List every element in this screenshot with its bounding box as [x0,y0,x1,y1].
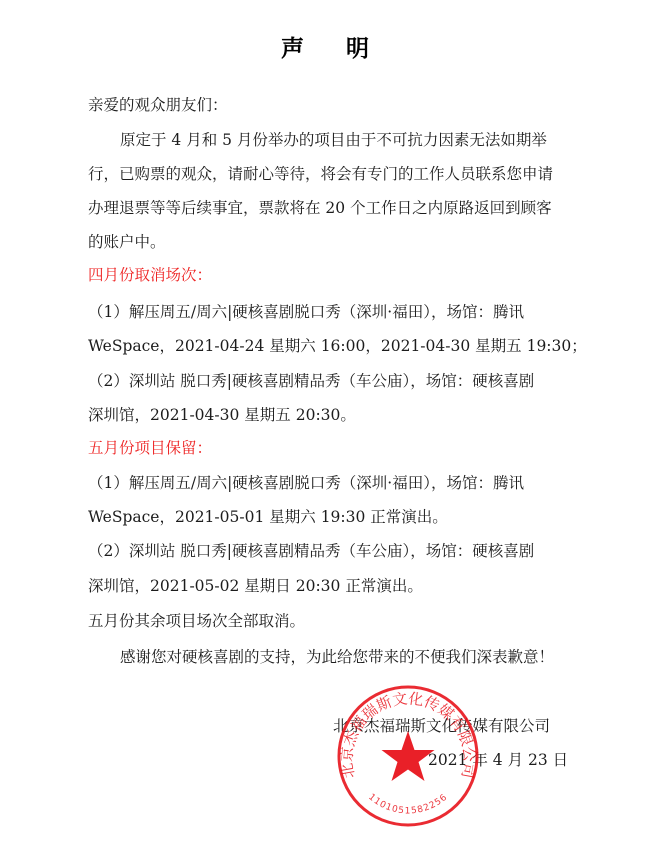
statement-document: 声明 亲爱的观众朋友们： 原定于 4 月和 5 月份举办的项目由于不可抗力因素无… [0,0,650,847]
document-title: 声明 [0,30,650,63]
intro-line-1: 原定于 4 月和 5 月份举办的项目由于不可抗力因素无法如期举 [120,130,547,150]
intro-line-4: 的账户中。 [88,232,166,252]
title-char-2: 明 [346,30,369,63]
stamp-number: 1101051582256 [366,792,450,816]
may-item-1-line-2: WeSpace，2021-05-01 星期六 19:30 正常演出。 [88,507,448,527]
april-item-2-line-2: 深圳馆，2021-04-30 星期五 20:30。 [88,405,356,425]
closing-thanks: 感谢您对硬核喜剧的支持，为此给您带来的不便我们深表歉意！ [120,647,554,667]
title-char-1: 声 [281,30,304,63]
salutation: 亲爱的观众朋友们： [88,95,228,115]
may-section-heading: 五月份项目保留： [88,438,212,458]
april-item-1-line-1: （1）解压周五/周六|硬核喜剧脱口秀（深圳·福田），场馆：腾讯 [88,302,524,322]
intro-line-3: 办理退票等等后续事宜，票款将在 20 个工作日之内原路返回到顾客 [88,198,552,218]
star-icon [382,731,435,781]
may-item-2-line-1: （2）深圳站 脱口秀|硬核喜剧精品秀（车公庙），场馆：硬核喜剧 [88,541,534,561]
signature-company: 北京杰福瑞斯文化传媒有限公司 [333,716,550,736]
april-item-2-line-1: （2）深圳站 脱口秀|硬核喜剧精品秀（车公庙），场馆：硬核喜剧 [88,371,534,391]
intro-line-2: 行，已购票的观众，请耐心等待，将会有专门的工作人员联系您申请 [88,164,553,184]
may-item-2-line-2: 深圳馆，2021-05-02 星期日 20:30 正常演出。 [88,576,423,596]
april-section-heading: 四月份取消场次： [88,265,212,285]
may-item-1-line-1: （1）解压周五/周六|硬核喜剧脱口秀（深圳·福田），场馆：腾讯 [88,473,524,493]
signature-date: 2021 年 4 月 23 日 [428,750,568,770]
may-remaining-note: 五月份其余项目场次全部取消。 [88,611,305,631]
april-item-1-line-2: WeSpace，2021-04-24 星期六 16:00，2021-04-30 … [88,336,587,356]
